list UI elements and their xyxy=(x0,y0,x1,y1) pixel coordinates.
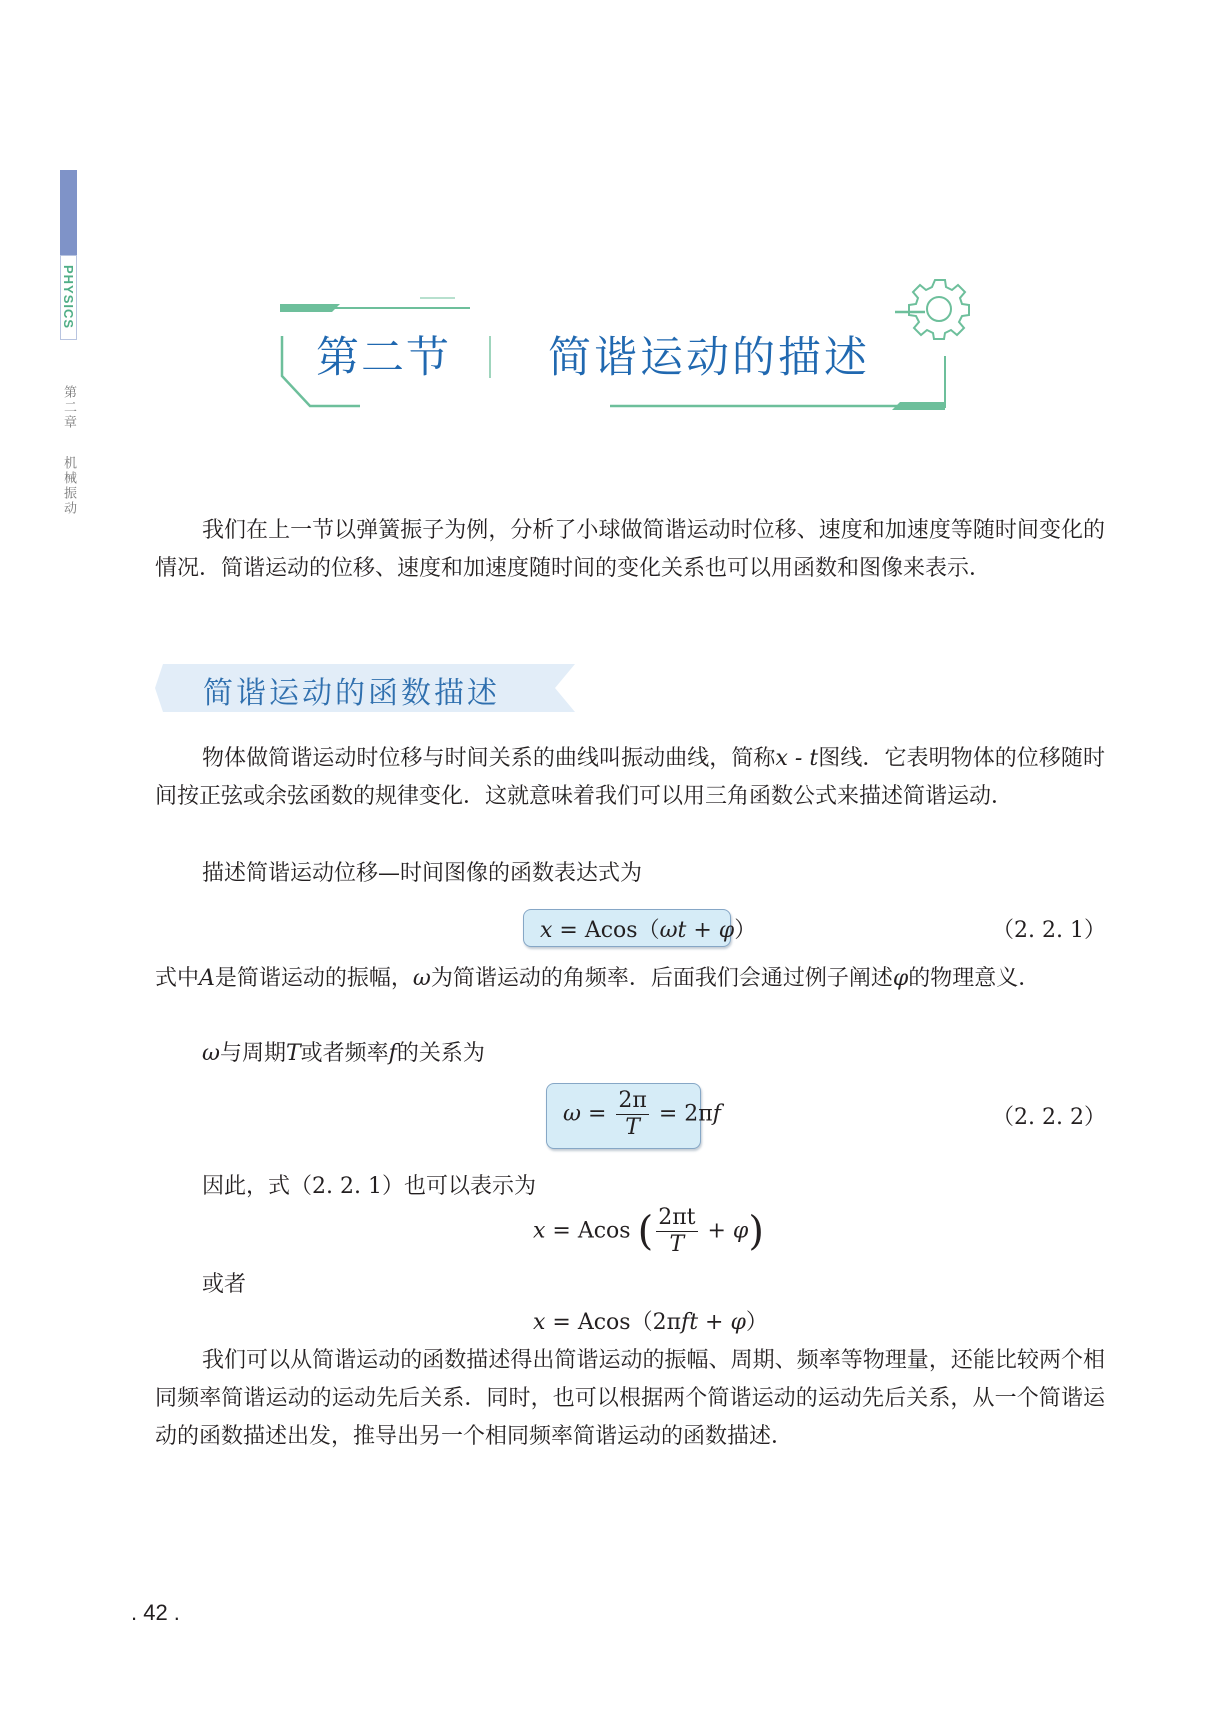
p1-text-a: 物体做简谐运动时位移与时间关系的曲线叫振动曲线，简称 xyxy=(202,746,775,771)
paragraph-or: 或者 xyxy=(155,1266,1105,1304)
equation-2-number: （2. 2. 2） xyxy=(992,1100,1106,1131)
paragraph-omega-relation: ω与周期T或者频率f的关系为 xyxy=(155,1035,1105,1073)
paragraph-expression-intro: 描述简谐运动位移—时间图像的函数表达式为 xyxy=(155,855,1105,893)
equation-2: ω = 2πT = 2πf xyxy=(563,1088,721,1141)
equation-1: x = Acos（ωt + φ） xyxy=(540,913,756,944)
chapter-title: 机械振动 xyxy=(61,456,76,516)
page-number: . 42 . xyxy=(131,1600,180,1626)
section-number: 第二节 xyxy=(316,324,451,385)
equation-1-number: （2. 2. 1） xyxy=(992,913,1106,944)
paragraph-conclusion: 我们可以从简谐运动的函数描述得出简谐运动的振幅、周期、频率等物理量，还能比较两个… xyxy=(155,1342,1105,1456)
paragraph-xt-curve: 物体做简谐运动时位移与时间关系的曲线叫振动曲线，简称x - t图线．它表明物体的… xyxy=(155,740,1105,816)
paragraph-therefore: 因此，式（2. 2. 1）也可以表示为 xyxy=(155,1168,1105,1206)
p1-variable: x - t xyxy=(775,746,818,771)
section-title-frame: 第二节 简谐运动的描述 xyxy=(280,296,960,406)
side-tab-chapter: 第二章 机械振动 xyxy=(58,385,78,516)
subsection-title: 简谐运动的函数描述 xyxy=(203,668,500,712)
section-title: 简谐运动的描述 xyxy=(548,324,870,385)
gear-icon xyxy=(905,271,975,341)
equation-4: x = Acos（2πft + φ） xyxy=(533,1305,768,1336)
subsection-heading: 简谐运动的函数描述 xyxy=(155,664,575,710)
chapter-label: 第二章 xyxy=(61,385,76,430)
side-tab-subject: PHYSICS xyxy=(60,255,77,340)
equation-3: x = Acos (2πtT + φ) xyxy=(533,1205,764,1258)
paragraph-amplitude: 式中A是简谐运动的振幅，ω为简谐运动的角频率．后面我们会通过例子阐述φ的物理意义… xyxy=(155,960,1105,998)
subject-label: PHYSICS xyxy=(61,265,76,329)
side-tab-accent xyxy=(60,170,77,255)
intro-paragraph: 我们在上一节以弹簧振子为例，分析了小球做简谐运动时位移、速度和加速度等随时间变化… xyxy=(155,512,1105,588)
